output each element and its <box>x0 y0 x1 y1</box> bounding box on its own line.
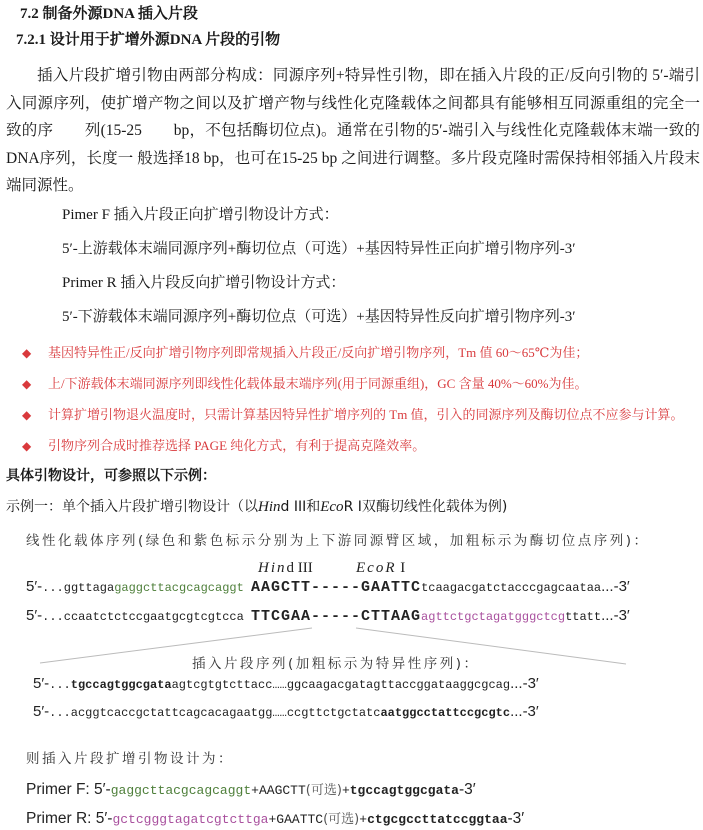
insert-seq: ccgttctgctatc <box>287 706 381 720</box>
optional-note: (可选) <box>323 812 359 827</box>
primer-f-site: AAGCTT <box>259 783 306 798</box>
plus-sign: + <box>359 812 367 827</box>
ellipsis: …… <box>272 706 286 720</box>
primer-r-line: Primer R: 5′-gctcgggtagatcgtcttga+GAATTC… <box>26 808 524 828</box>
primer-r-label: Primer R: 5′- <box>26 810 112 827</box>
primer-f-specific: tgccagtggcgata <box>350 783 459 798</box>
primer-f-line: Primer F: 5′-gaggcttacgcagcaggt+AAGCTT(可… <box>26 779 476 799</box>
primer-f-label: Primer F: 5′- <box>26 781 111 798</box>
result-caption: 则插入片段扩增引物设计为： <box>26 747 234 767</box>
insert-seq: acggtcaccgctattcagcacagaatgg <box>71 706 273 720</box>
three-prime-label: ...-3′ <box>510 675 539 692</box>
five-prime-label: 5′- <box>33 703 49 720</box>
insert-caption: 插入片段序列(加粗标示为特异性序列)： <box>192 652 480 672</box>
forward-specific-seq: tgccagtggcgata <box>71 678 172 692</box>
optional-note: (可选) <box>306 783 342 798</box>
insert-bottom-strand: 5′-...acggtcaccgctattcagcacagaatgg……ccgt… <box>33 703 539 720</box>
ellipsis: ... <box>49 678 71 692</box>
insert-seq: ggcaagacgatagttaccggataaggcgcag <box>287 678 510 692</box>
plus-sign: + <box>251 783 259 798</box>
ellipsis: …… <box>272 678 286 692</box>
plus-sign: + <box>342 783 350 798</box>
primer-r-homology: gctcgggtagatcgtcttga <box>112 812 268 827</box>
insert-seq: agtcgtgtcttacc <box>172 678 273 692</box>
primer-r-specific: ctgcgccttatccggtaa <box>367 812 507 827</box>
three-prime-label: -3′ <box>508 810 525 827</box>
primer-r-site: GAATTC <box>276 812 323 827</box>
reverse-specific-seq: aatggcctattccgcgtc <box>380 706 510 720</box>
primer-f-homology: gaggcttacgcagcaggt <box>111 783 251 798</box>
five-prime-label: 5′- <box>33 675 49 692</box>
insert-top-strand: 5′-...tgccagtggcgataagtcgtgtcttacc……ggca… <box>33 675 539 692</box>
three-prime-label: ...-3′ <box>510 703 539 720</box>
ellipsis: ... <box>49 706 71 720</box>
three-prime-label: -3′ <box>459 781 476 798</box>
